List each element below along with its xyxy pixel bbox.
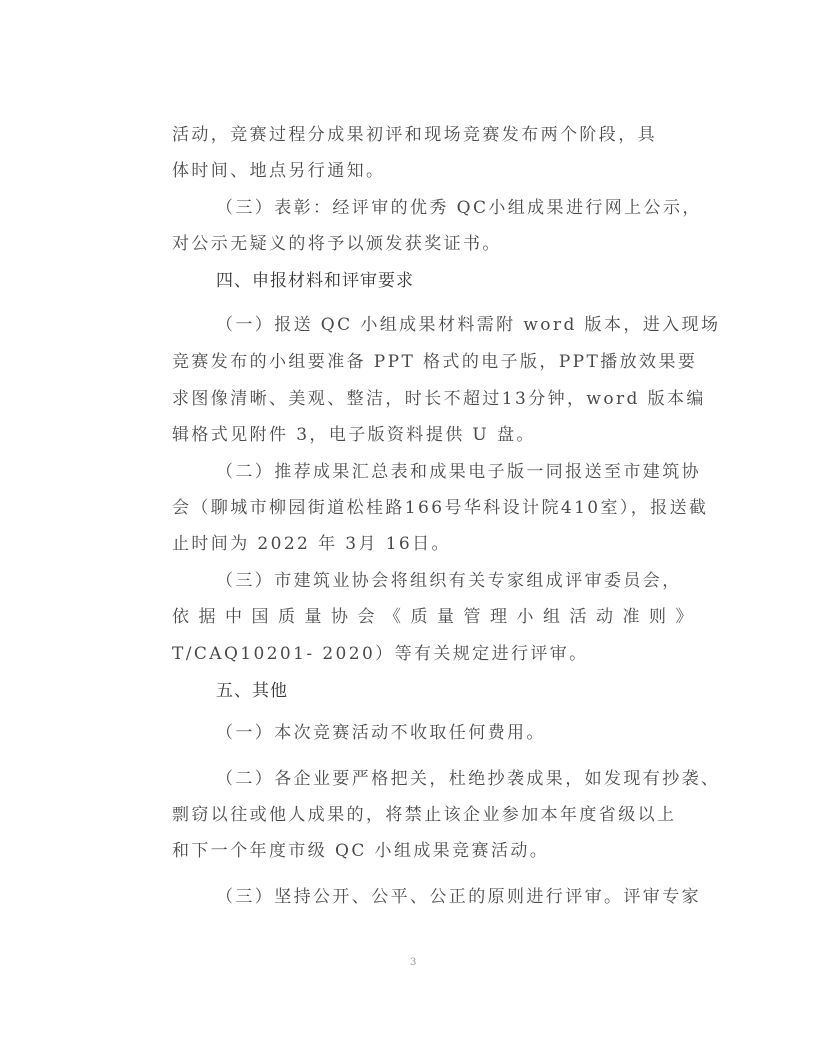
paragraph-line: 求图像清晰、美观、整洁，时长不超过13分钟，word 版本编 bbox=[172, 388, 642, 410]
paragraph-line: 体时间、地点另行通知。 bbox=[172, 160, 642, 182]
paragraph-line: （三）表彰：经评审的优秀 QC小组成果进行网上公示， bbox=[216, 197, 686, 219]
paragraph-line: （一）报送 QC 小组成果材料需附 word 版本，进入现场 bbox=[216, 314, 686, 336]
document-page: 活动，竞赛过程分成果初评和现场竞赛发布两个阶段，具 体时间、地点另行通知。 （三… bbox=[0, 0, 816, 1056]
paragraph-line: 活动，竞赛过程分成果初评和现场竞赛发布两个阶段，具 bbox=[172, 124, 642, 146]
paragraph-line: （二）各企业要严格把关，杜绝抄袭成果，如发现有抄袭、 bbox=[216, 768, 686, 790]
paragraph-line: 辑格式见附件 3，电子版资料提供 U 盘。 bbox=[172, 424, 642, 446]
paragraph-line: （三）市建筑业协会将组织有关专家组成评审委员会， bbox=[216, 570, 686, 592]
paragraph-line: 会（聊城市柳园街道松桂路166号华科设计院410室），报送截 bbox=[172, 497, 642, 519]
paragraph-line: 止时间为 2022 年 3月 16日。 bbox=[172, 533, 642, 555]
section-heading-5: 五、其他 bbox=[216, 680, 686, 702]
paragraph-line: （一）本次竞赛活动不收取任何费用。 bbox=[216, 722, 686, 744]
paragraph-line: 依据中国质量协会《质量管理小组活动准则》 bbox=[172, 606, 642, 628]
paragraph-line: 对公示无疑义的将予以颁发获奖证书。 bbox=[172, 233, 642, 255]
paragraph-line: （二）推荐成果汇总表和成果电子版一同报送至市建筑协 bbox=[216, 461, 686, 483]
page-number: 3 bbox=[410, 957, 416, 968]
paragraph-line: 和下一个年度市级 QC 小组成果竞赛活动。 bbox=[172, 840, 642, 862]
paragraph-line: （三）坚持公开、公平、公正的原则进行评审。评审专家 bbox=[216, 886, 686, 908]
paragraph-line: 竞赛发布的小组要准备 PPT 格式的电子版，PPT播放效果要 bbox=[172, 351, 642, 373]
section-heading-4: 四、申报材料和评审要求 bbox=[216, 270, 686, 292]
paragraph-line: 剽窃以往或他人成果的，将禁止该企业参加本年度省级以上 bbox=[172, 804, 642, 826]
paragraph-line: T/CAQ10201- 2020）等有关规定进行评审。 bbox=[172, 643, 642, 665]
